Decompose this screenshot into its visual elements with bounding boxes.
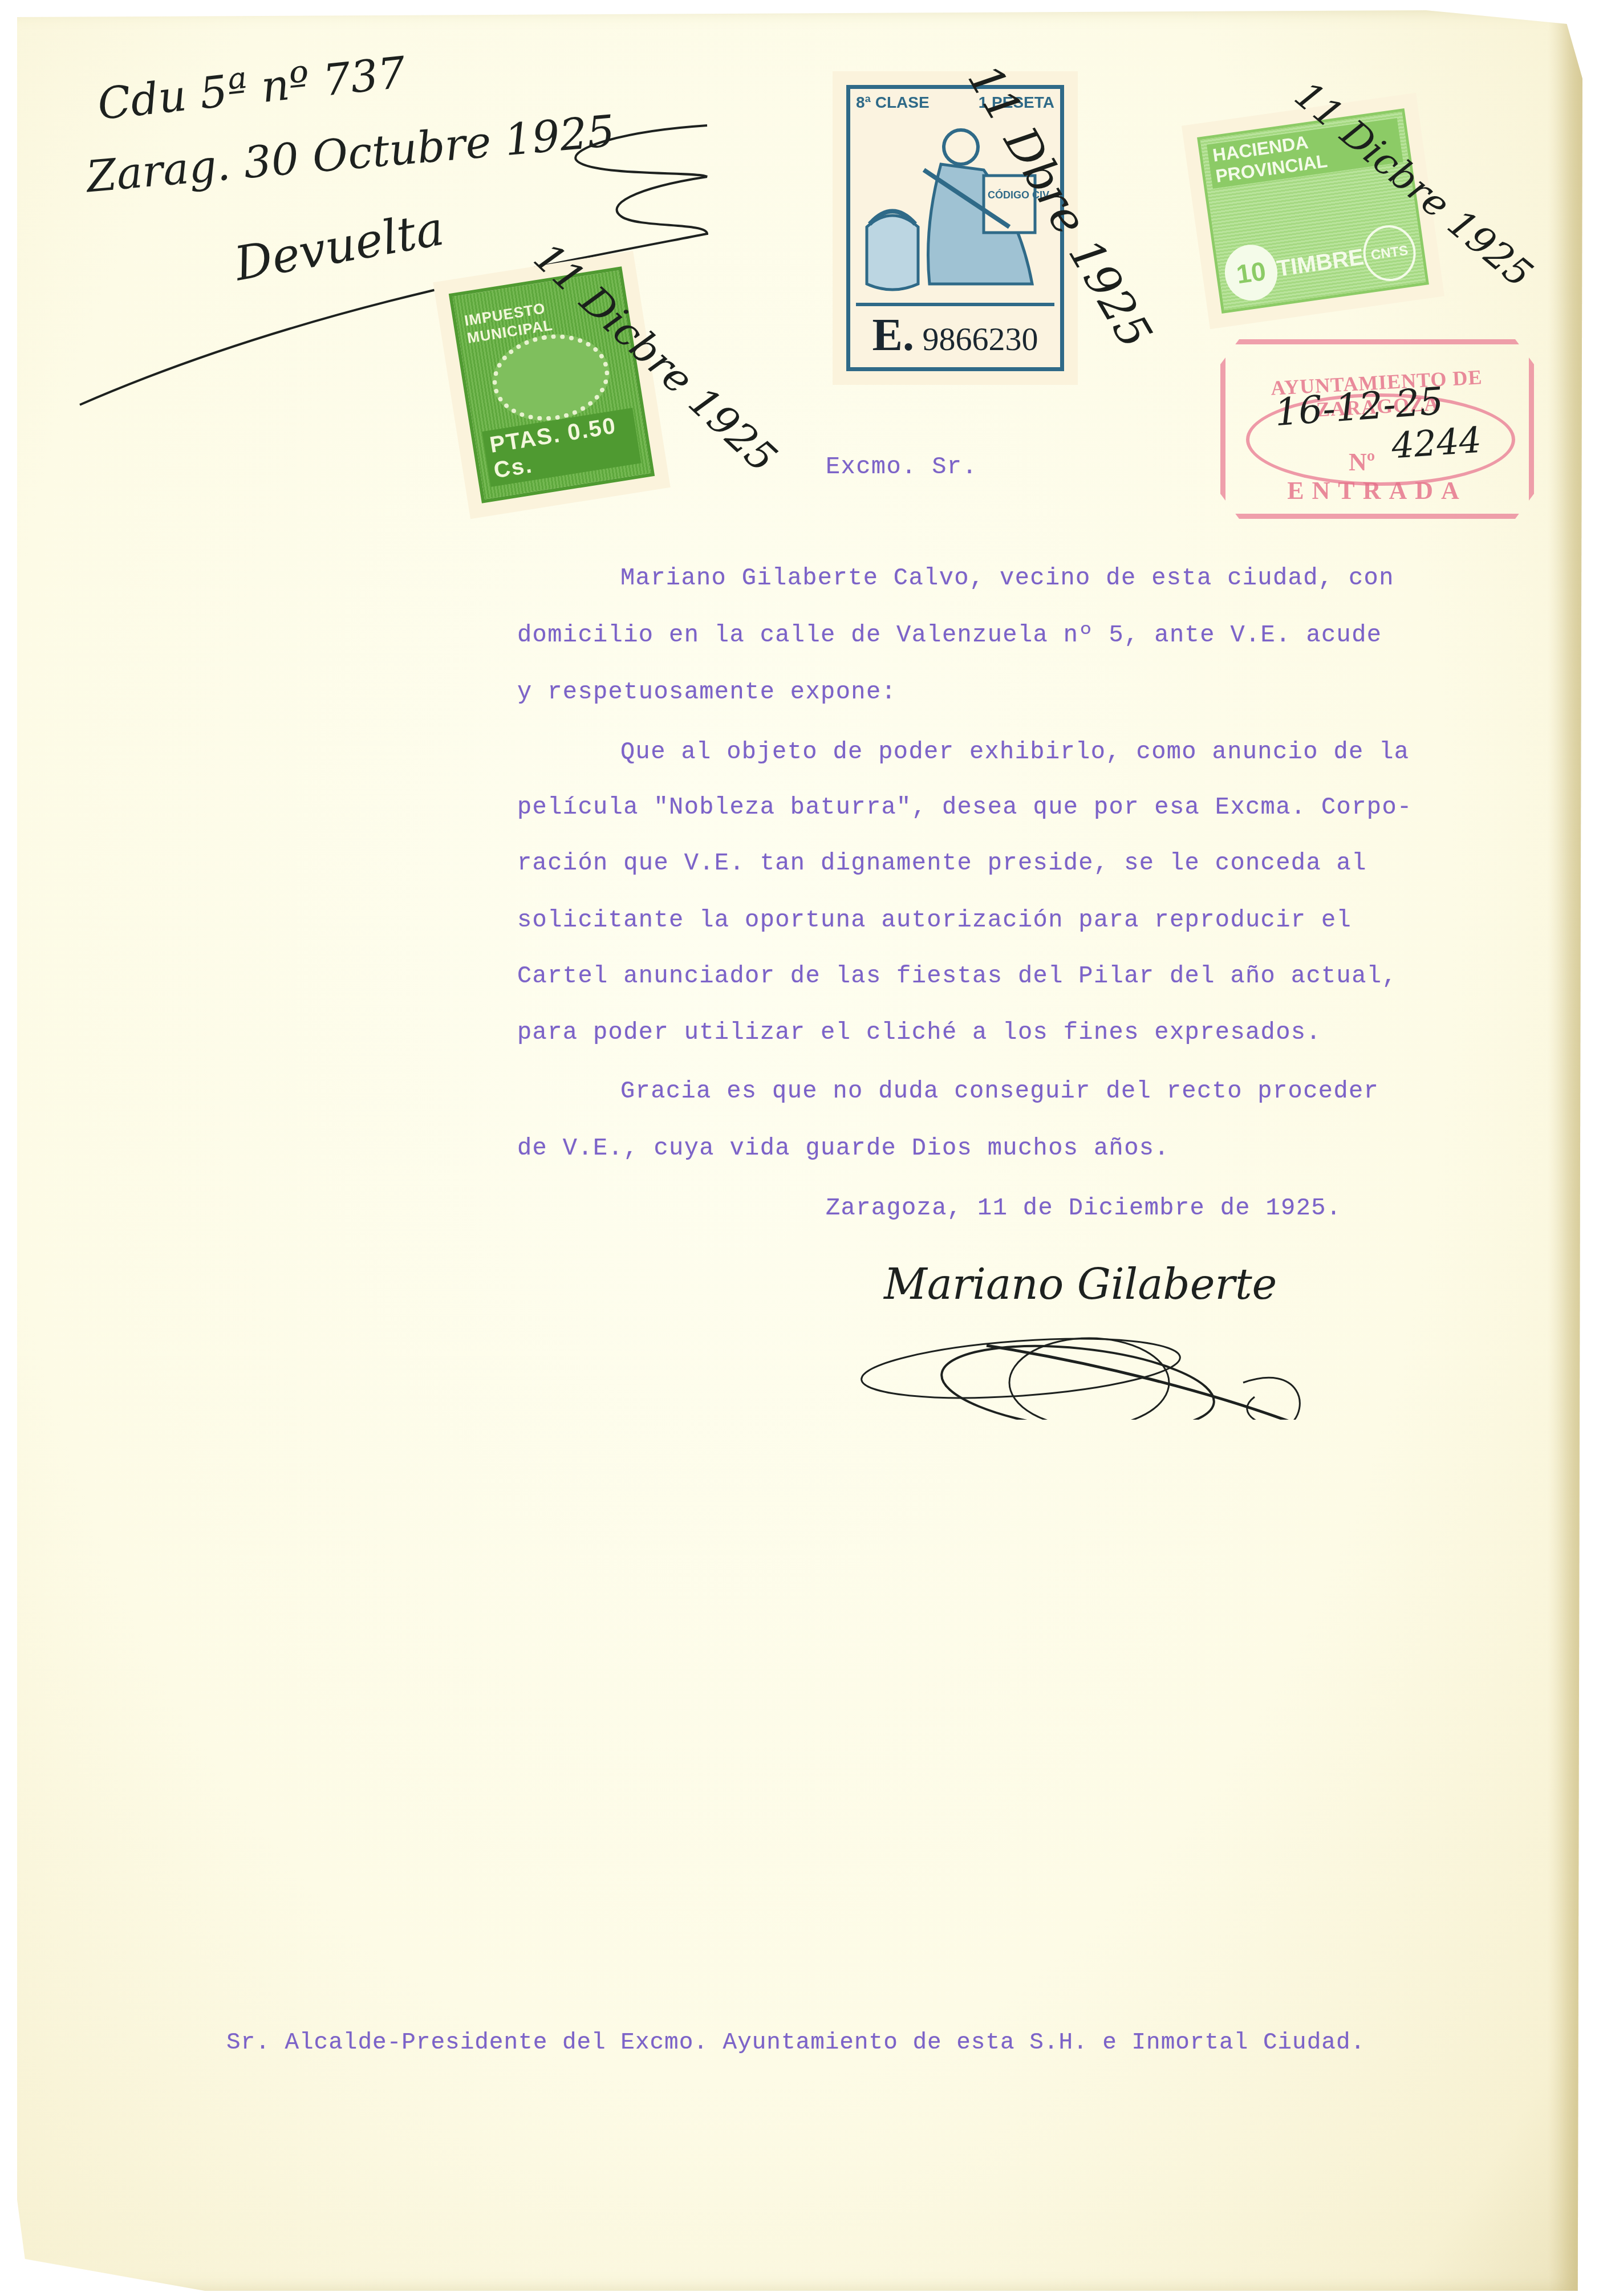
stamp-title: HACIENDA PROVINCIAL [1207, 118, 1403, 189]
stamp-serial: E. 9866230 [856, 303, 1054, 367]
signature-flourish-icon [855, 1249, 1323, 1420]
registry-entry-stamp: AYUNTAMIENTO DE ZARAGOZA Nº ENTRADA 16-1… [1220, 339, 1534, 519]
stamp-subtitle: TIMBRE [1275, 244, 1365, 282]
registry-entry-label: ENTRADA [1255, 476, 1500, 505]
body-line: solicitante la oportuna autorización par… [517, 907, 1352, 934]
stamp-value: PTAS. 0.50 Cs. [482, 408, 641, 487]
body-line: domicilio en la calle de Valenzuela nº 5… [517, 621, 1382, 649]
body-line: Gracia es que no duda conseguir del rect… [620, 1078, 1379, 1105]
stamp-value: 10 [1221, 241, 1281, 304]
stamp-book-label: CÓDIGO CIVIL [988, 189, 1049, 201]
stamp-class: 8ª CLASE [856, 95, 930, 111]
body-line: Cartel anunciador de las fiestas del Pil… [517, 962, 1397, 990]
place-and-date: Zaragoza, 11 de Diciembre de 1925. [826, 1194, 1342, 1222]
stamp-unit: CNTS [1359, 222, 1419, 285]
provincial-tax-stamp: HACIENDA PROVINCIAL 10 TIMBRE CNTS 11 Di… [1182, 93, 1444, 329]
addressee: Sr. Alcalde-Presidente del Excmo. Ayunta… [226, 2030, 1365, 2056]
justice-figure-icon: CÓDIGO CIVIL [861, 113, 1049, 301]
stamp-series: E. [872, 310, 914, 360]
stamp-serial-number: 9866230 [922, 320, 1038, 357]
registry-number-label: Nº [1349, 448, 1375, 477]
body-line: Que al objeto de poder exhibirlo, como a… [620, 738, 1409, 766]
revenue-stamp: 8ª CLASE 1 PESETA CÓDIGO CIVIL E. 986623… [833, 71, 1078, 385]
body-line: Mariano Gilaberte Calvo, vecino de esta … [620, 564, 1394, 592]
body-line: ración que V.E. tan dignamente preside, … [517, 850, 1367, 877]
salutation: Excmo. Sr. [826, 453, 977, 481]
body-line: y respetuosamente expone: [517, 678, 896, 706]
body-line: para poder utilizar el cliché a los fine… [517, 1019, 1321, 1046]
body-line: de V.E., cuya vida guarde Dios muchos añ… [517, 1135, 1170, 1162]
stamp-value: 1 PESETA [979, 95, 1054, 111]
municipal-tax-stamp: IMPUESTO MUNICIPAL PTAS. 0.50 Cs. 11 Dic… [433, 251, 670, 519]
body-line: película "Nobleza baturra", desea que po… [517, 794, 1413, 821]
signature: Mariano Gilaberte [855, 1249, 1323, 1420]
registry-entry-number: 4244 [1390, 419, 1483, 467]
